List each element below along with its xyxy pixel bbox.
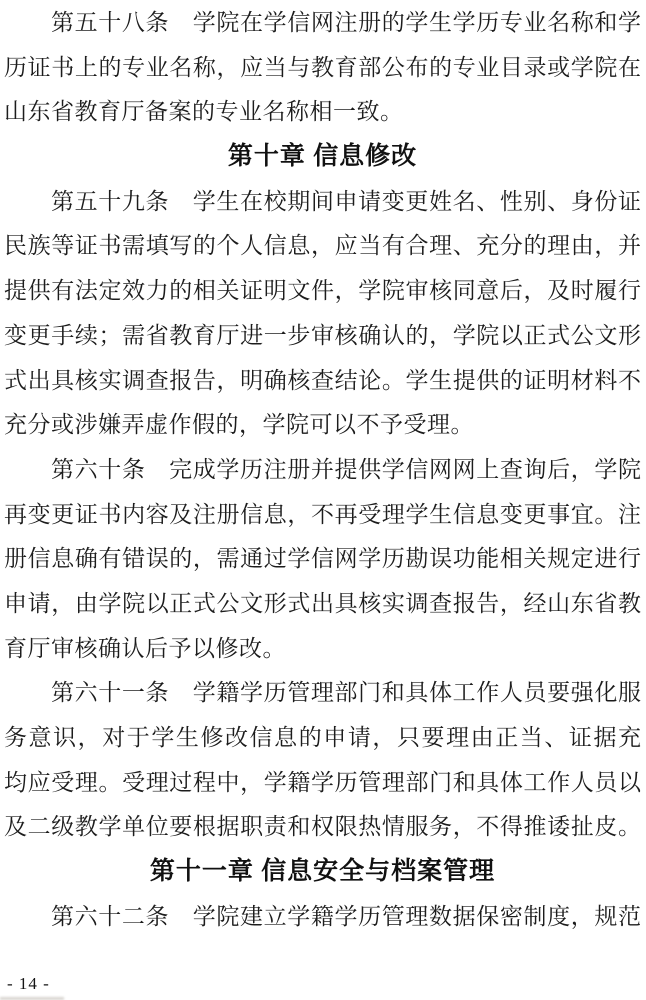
chapter-10-heading: 第十章 信息修改 (4, 135, 641, 180)
text-line: 历证书上的专业名称，应当与教育部公布的专业目录或学院在 (4, 46, 641, 91)
text-line: 第六十二条 学院建立学籍学历管理数据保密制度，规范工 (4, 895, 641, 940)
article-60: 第六十条 完成学历注册并提供学信网网上查询后，学院不再变更证书内容及注册信息，不… (4, 448, 641, 671)
text-line: 山东省教育厅备案的专业名称相一致。 (4, 90, 641, 135)
text-line: 册信息确有错误的，需通过学信网学历勘误功能相关规定进行 (4, 537, 641, 582)
document-body: 第五十八条 学院在学信网注册的学生学历专业名称和学历证书上的专业名称，应当与教育… (0, 0, 646, 939)
text-line: 第六十一条 学籍学历管理部门和具体工作人员要强化服 (4, 671, 641, 716)
text-line: 申请，由学院以正式公文形式出具核实调查报告，经山东省教 (4, 582, 641, 627)
article-58: 第五十八条 学院在学信网注册的学生学历专业名称和学历证书上的专业名称，应当与教育… (4, 1, 641, 135)
chapter-11-heading: 第十一章 信息安全与档案管理 (4, 850, 641, 895)
text-line: 变更手续；需省教育厅进一步审核确认的，学院以正式公文形 (4, 314, 641, 359)
article-62: 第六十二条 学院建立学籍学历管理数据保密制度，规范工 (4, 895, 641, 940)
text-line: 第五十九条 学生在校期间申请变更姓名、性别、身份证号、 (4, 180, 641, 225)
document-page: 第五十八条 学院在学信网注册的学生学历专业名称和学历证书上的专业名称，应当与教育… (0, 0, 646, 1000)
text-line: 式出具核实调查报告，明确核查结论。学生提供的证明材料不 (4, 359, 641, 404)
text-line: 再变更证书内容及注册信息，不再受理学生信息变更事宜。注 (4, 493, 641, 538)
article-61: 第六十一条 学籍学历管理部门和具体工作人员要强化服务意识，对于学生修改信息的申请… (4, 671, 641, 850)
text-line: 及二级教学单位要根据职责和权限热情服务，不得推诿扯皮。 (4, 805, 641, 850)
article-59: 第五十九条 学生在校期间申请变更姓名、性别、身份证号、民族等证书需填写的个人信息… (4, 180, 641, 448)
page-number: - 14 - (7, 974, 50, 994)
text-line: 民族等证书需填写的个人信息，应当有合理、充分的理由，并 (4, 224, 641, 269)
text-line: 充分或涉嫌弄虚作假的，学院可以不予受理。 (4, 403, 641, 448)
text-line: 第六十条 完成学历注册并提供学信网网上查询后，学院不 (4, 448, 641, 493)
text-line: 育厅审核确认后予以修改。 (4, 627, 641, 672)
text-line: 第五十八条 学院在学信网注册的学生学历专业名称和学 (4, 1, 641, 46)
text-line: 提供有法定效力的相关证明文件，学院审核同意后，及时履行 (4, 269, 641, 314)
text-line: 均应受理。受理过程中，学籍学历管理部门和具体工作人员以 (4, 761, 641, 806)
text-line: 务意识，对于学生修改信息的申请，只要理由正当、证据充分， (4, 716, 641, 761)
